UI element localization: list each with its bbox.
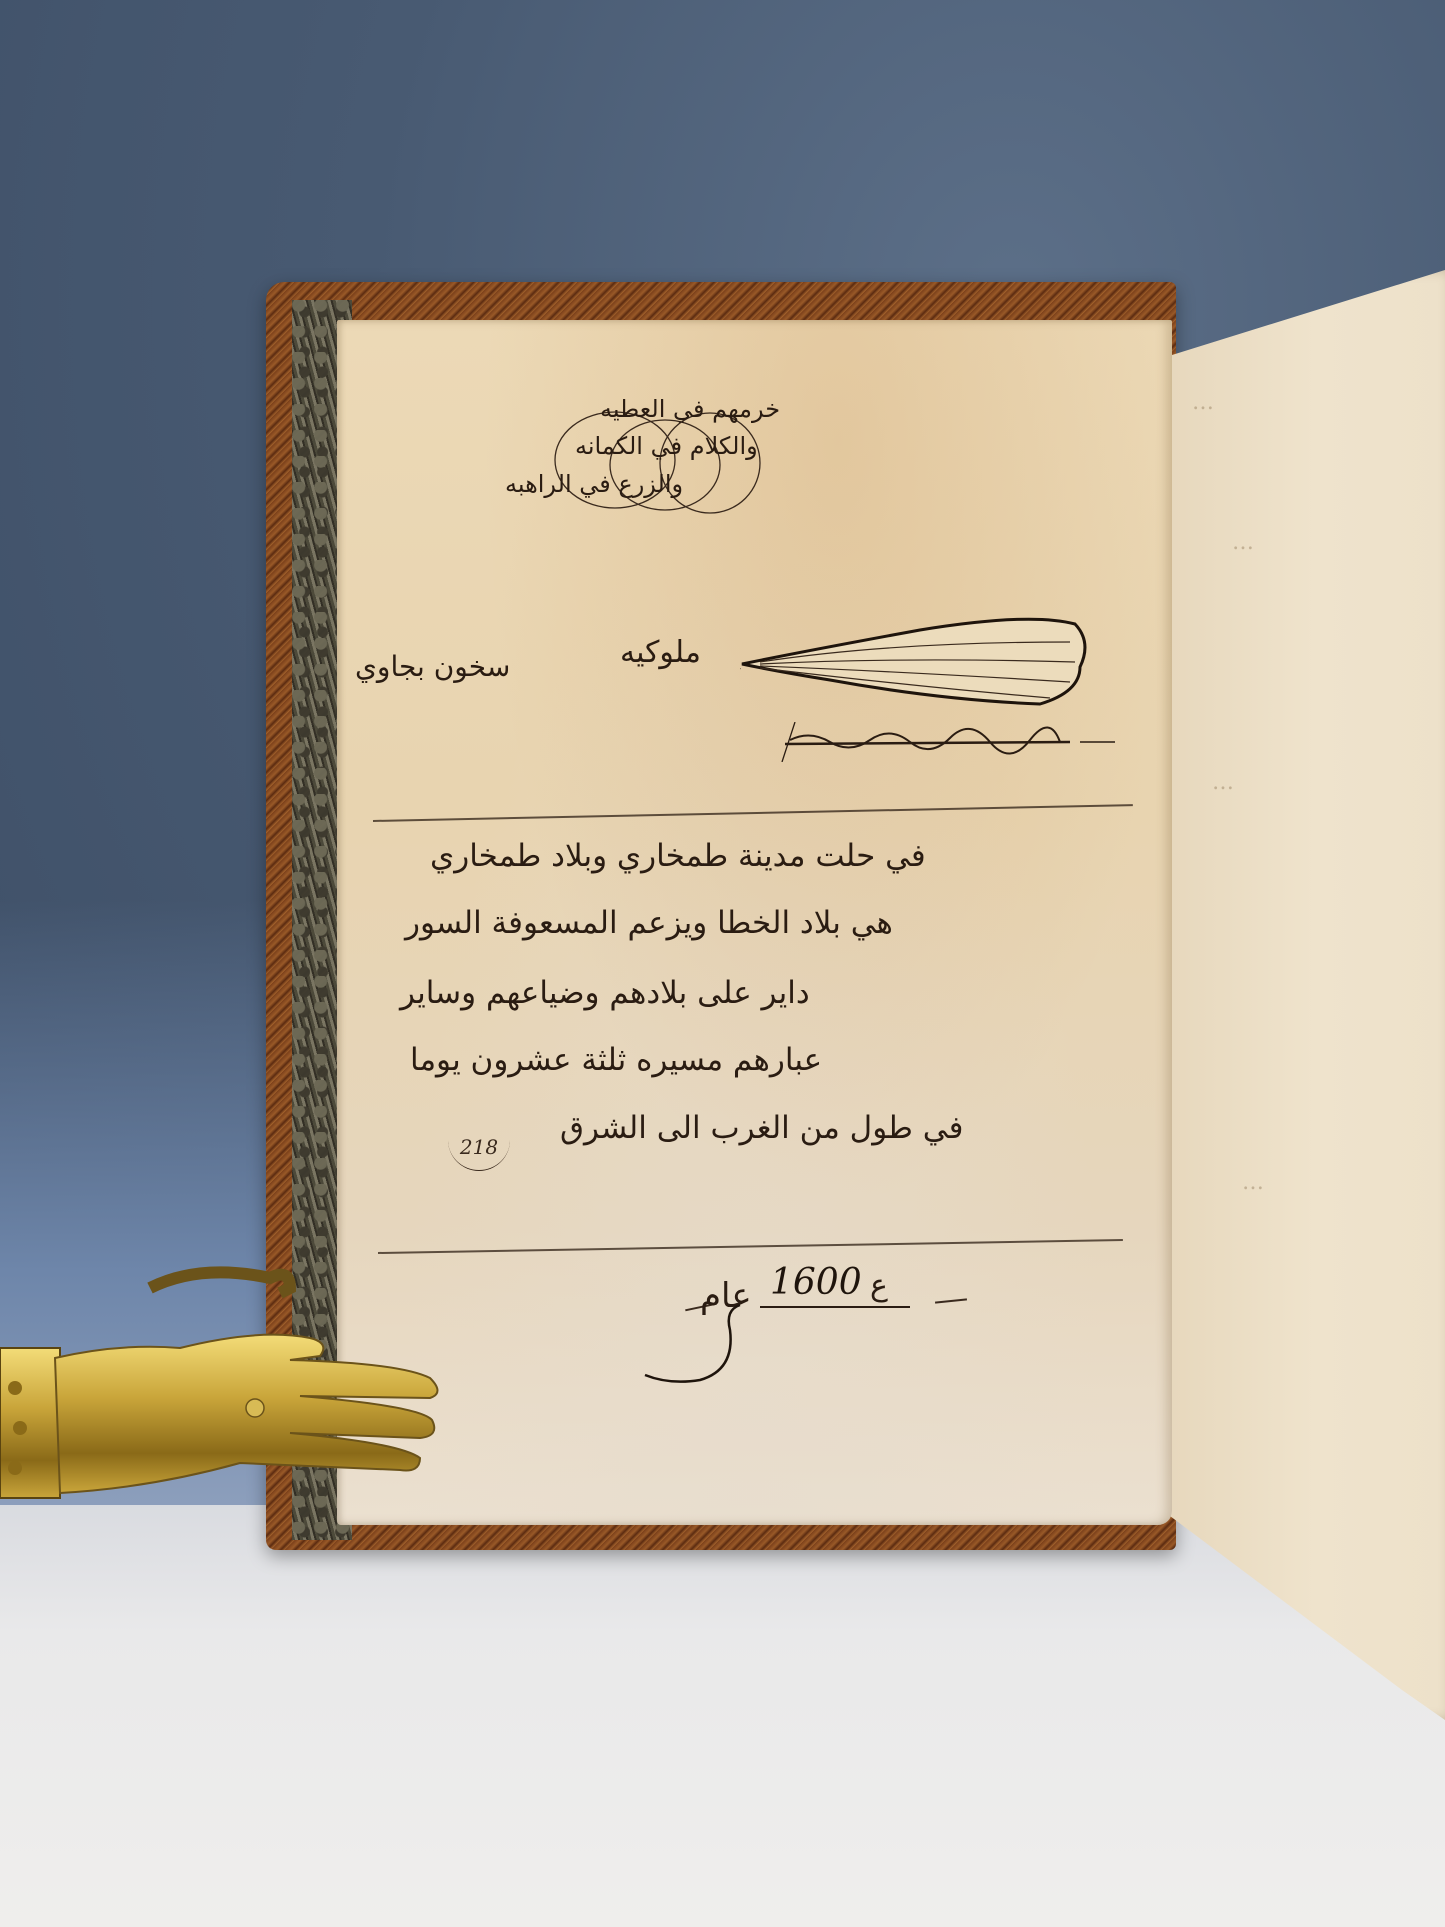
table-surface	[0, 1505, 1445, 1927]
main-text-line-3: داير على بلادهم وضياعهم وساير	[400, 975, 810, 1011]
faint-writing: …	[1212, 770, 1234, 795]
date-year: 1600	[770, 1262, 862, 1303]
faint-writing: …	[1242, 1170, 1264, 1195]
faint-writing: …	[1192, 390, 1214, 415]
main-text-line-1: في حلت مدينة طمخاري وبلاد طمخاري	[430, 838, 926, 874]
main-text-line-4: عبارهم مسيره ثلثة عشرون يوما	[410, 1042, 822, 1078]
date-underline	[760, 1306, 910, 1308]
lute-caption-word-2: سخون بجاوي	[355, 650, 510, 683]
date-flourish-icon	[640, 1300, 750, 1390]
lute-drawing-icon	[740, 612, 1090, 712]
faint-writing: …	[1232, 530, 1254, 555]
inscription-line-2: والكلام في الكمانه	[575, 432, 758, 460]
date-marker: ع	[870, 1268, 888, 1303]
main-text-line-2: هي بلاد الخطا ويزعم المسعوفة السور	[405, 905, 893, 941]
brass-hand-bookstand-icon	[0, 1248, 450, 1508]
inscription-line-3: والزرع في الراهبه	[505, 470, 683, 498]
scribble-icon	[780, 722, 1120, 762]
lute-caption-word-1: ملوكيه	[620, 635, 701, 670]
main-text-line-5: في طول من الغرب الى الشرق	[560, 1110, 963, 1146]
inscription-line-1: خرمهم في العطيه	[600, 395, 780, 423]
